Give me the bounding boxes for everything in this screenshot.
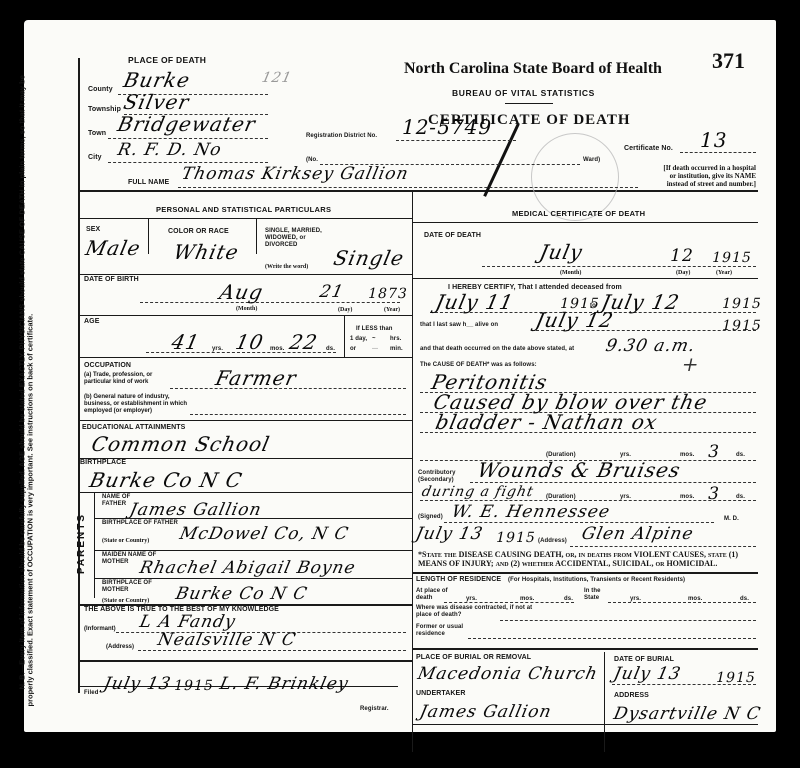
burial-rule (412, 648, 758, 650)
dod-month-hint: (Month) (560, 268, 581, 278)
personal-particulars-heading: PERSONAL AND STATISTICAL PARTICULARS (156, 205, 331, 214)
cause-of-death-label: The CAUSE OF DEATH* was as follows: (420, 362, 537, 368)
age-rule (78, 315, 412, 316)
age-years: 41 (169, 330, 202, 354)
birthplace-value: Burke Co N C (87, 468, 244, 492)
informant-address-label: (Address) (106, 642, 134, 652)
registrar-signature: L. F. Brinkley (218, 674, 351, 694)
cause-footnote: *State the DISEASE CAUSING DEATH, or, in… (418, 550, 758, 568)
former-residence-underline (468, 638, 756, 639)
less-min-value: — (372, 346, 378, 352)
town-underline (108, 138, 268, 139)
contributory-duration-label: (Duration) (546, 494, 576, 500)
cause-line3-value: bladder - Nathan ox (433, 410, 660, 434)
race-marital-divider (256, 218, 257, 254)
town-value: Bridgewater (115, 112, 258, 136)
contributory-line1: Wounds & Bruises (475, 458, 683, 482)
street-no-label: (No. (306, 157, 318, 163)
personal-heading-rule (78, 218, 412, 219)
contracted-label: Where was disease contracted, if not at … (416, 605, 536, 619)
duration-ds-label: ds. (736, 452, 745, 458)
city-value: R. F. D. No (116, 140, 224, 160)
filed-year: 1915 (172, 678, 215, 694)
age-months: 10 (233, 330, 266, 354)
registrar-label: Registrar. (360, 706, 389, 712)
residence-heading: LENGTH OF RESIDENCE (416, 576, 501, 583)
left-border-line (78, 58, 80, 693)
informant-address-underline (138, 650, 406, 651)
father-birthplace-label: BIRTHPLACE OF FATHER (102, 520, 182, 527)
time-of-death-label: and that death occurred on the date abov… (420, 346, 574, 352)
burial-year: 1915 (714, 670, 757, 686)
attended-to-year: 1915 (720, 296, 763, 312)
dob-month-hint: (Month) (236, 304, 257, 314)
father-rule (94, 518, 412, 519)
in-state-mos: mos. (688, 596, 702, 602)
undertaker-address-label: ADDRESS (614, 692, 649, 699)
at-place-yrs: yrs. (466, 596, 477, 602)
less-min-label: min. (390, 346, 403, 352)
race-value: White (171, 240, 241, 264)
undertaker-label: UNDERTAKER (416, 690, 465, 697)
birthplace-rule (78, 458, 412, 459)
less-or-label: or (350, 346, 356, 352)
dod-year: 1915 (710, 250, 753, 266)
in-state-label: In the State (584, 588, 610, 602)
place-of-death-heading: PLACE OF DEATH (128, 55, 206, 65)
at-place-label: At place of death (416, 588, 450, 602)
education-value: Common School (89, 432, 272, 456)
burial-divider (604, 652, 605, 752)
full-name-label: FULL NAME (128, 179, 169, 186)
parents-rule (78, 492, 412, 493)
contributory-underline (470, 482, 756, 483)
signed-year: 1915 (494, 530, 537, 546)
filed-label: Filed (84, 690, 99, 696)
age-ds-label: ds. (326, 346, 335, 352)
physician-address-value: Glen Alpine (580, 524, 696, 544)
county-annotation: 121 (260, 70, 293, 86)
ward-label: Ward) (583, 157, 600, 163)
dod-underline (482, 266, 756, 267)
undertaker-value: James Gallion (418, 702, 554, 722)
contributory-label: Contributory (Secondary) (418, 470, 478, 484)
dob-year-hint: (Year) (384, 305, 400, 315)
mother-rule (94, 550, 412, 551)
last-saw-value: July 12 (533, 308, 616, 332)
margin-instructions-line2: properly classified. Exact statement of … (26, 67, 35, 707)
age-yrs-label: yrs. (212, 346, 223, 352)
last-saw-year: 1915 (720, 318, 763, 334)
education-rule (78, 420, 412, 421)
contributory-line2: during a fight (420, 484, 535, 500)
certificate-no-underline (680, 152, 756, 153)
town-label: Town (88, 130, 106, 137)
informant-address-value: Nealsville N C (156, 630, 298, 650)
burial-place-label: PLACE OF BURIAL OR REMOVAL (416, 654, 531, 661)
signed-label: (Signed) (418, 514, 443, 520)
signed-underline (444, 522, 714, 523)
contributory-yrs-label: yrs. (620, 494, 631, 500)
occupation-b-label: (b) General nature of industry, business… (84, 394, 194, 415)
city-label: City (88, 154, 102, 161)
contracted-underline (500, 620, 756, 621)
filed-rule (78, 660, 412, 662)
certificate-no-label: Certificate No. (624, 145, 673, 152)
age-label: AGE (84, 318, 99, 325)
occupation-label: OCCUPATION (84, 362, 131, 369)
hospital-instruction: [If death occurred in a hospital or inst… (656, 164, 756, 188)
sex-race-divider (148, 218, 149, 254)
physician-signature: W. E. Hennessee (450, 502, 612, 522)
mother-birthplace-rule (94, 578, 412, 579)
less-day-label: 1 day, (350, 336, 367, 342)
occupation-rule (78, 357, 412, 358)
in-state-underline (608, 602, 756, 603)
date-of-death-label: DATE OF DEATH (424, 232, 481, 239)
contributory-ds-label: ds. (736, 494, 745, 500)
less-than-label: If LESS than (356, 326, 393, 332)
medical-heading-rule (412, 222, 758, 223)
last-saw-label: that I last saw h__ alive on (420, 322, 498, 328)
undertaker-address-value: Dysartville N C (612, 704, 763, 724)
marital-hint: (Write the word) (265, 262, 308, 272)
registration-district-value: 12-5749 (399, 115, 494, 139)
former-residence-label: Former or usual residence (416, 624, 476, 638)
informant-value: L A Fandy (138, 612, 238, 632)
dob-underline (140, 302, 400, 303)
age-less-than-divider (344, 315, 345, 357)
age-mos-label: mos. (270, 346, 284, 352)
certify-rule (412, 278, 758, 279)
burial-date-label: DATE OF BURIAL (614, 656, 674, 663)
sex-value: Male (83, 236, 143, 260)
residence-rule (412, 572, 758, 574)
filed-date: July 13 (102, 674, 173, 694)
township-value: Silver (121, 90, 191, 114)
residence-hint: (For Hospitals, Institutions, Transients… (508, 577, 685, 583)
age-days: 22 (287, 330, 320, 354)
dod-day-hint: (Day) (676, 268, 690, 278)
occupation-value: Farmer (213, 366, 298, 390)
parents-divider (94, 492, 95, 598)
mother-name-value: Rhachel Abigail Boyne (138, 558, 358, 578)
at-place-ds: ds. (564, 596, 573, 602)
county-label: County (88, 86, 113, 93)
md-label: M. D. (724, 516, 739, 522)
education-label: EDUCATIONAL ATTAINMENTS (82, 424, 185, 431)
in-state-yrs: yrs. (630, 596, 641, 602)
at-place-mos: mos. (520, 596, 534, 602)
in-state-ds: ds. (740, 596, 749, 602)
city-underline (108, 162, 268, 163)
marital-status-label: SINGLE, MARRIED, WIDOWED, or DIVORCED (265, 228, 325, 249)
bureau-title: BUREAU OF VITAL STATISTICS (452, 88, 595, 98)
date-of-birth-label: DATE OF BIRTH (84, 276, 139, 283)
dod-year-hint: (Year) (716, 268, 732, 278)
attended-from: July 11 (433, 290, 516, 314)
dob-month: Aug (217, 280, 265, 304)
occupation-a-label: (a) Trade, profession, or particular kin… (84, 372, 176, 386)
dob-day-hint: (Day) (338, 305, 352, 315)
medical-certificate-heading: MEDICAL CERTIFICATE OF DEATH (512, 209, 645, 218)
dob-year: 1873 (366, 286, 409, 302)
burial-date-value: July 13 (612, 664, 683, 684)
dob-rule (78, 274, 412, 275)
registry-seal-stamp (531, 133, 619, 221)
occupation-b-underline (190, 414, 406, 415)
center-column-divider (412, 192, 413, 752)
township-label: Township (88, 106, 121, 113)
contributory-mos-label: mos. (680, 494, 694, 500)
dod-day: 12 (668, 246, 696, 266)
full-name-underline (178, 187, 638, 188)
burial-place-value: Macedonia Church (416, 664, 600, 684)
registration-district-underline (396, 140, 516, 141)
less-hrs-value: ~ (372, 336, 376, 342)
registration-district-label: Registration District No. (306, 133, 377, 139)
father-state-hint: (State or Country) (102, 536, 149, 546)
title-rule (505, 103, 553, 104)
sex-label: SEX (86, 226, 100, 233)
full-name-value: Thomas Kirksey Gallion (180, 164, 411, 184)
bottom-right-border (412, 724, 758, 725)
father-birthplace-value: McDowel Co, N C (178, 524, 351, 544)
physician-address-underline (570, 546, 756, 547)
marital-status-value: Single (331, 246, 406, 270)
board-title: North Carolina State Board of Health (404, 60, 662, 78)
at-place-underline (444, 602, 574, 603)
father-name-value: James Gallion (128, 500, 264, 520)
birthplace-label: BIRTHPLACE (80, 459, 126, 466)
less-hrs-label: hrs. (390, 336, 401, 342)
signed-date: July 13 (414, 524, 485, 544)
certificate-no-value: 13 (697, 128, 730, 152)
race-label: COLOR OR RACE (168, 228, 229, 235)
page-number: 371 (712, 48, 745, 74)
parents-label: PARENTS (76, 513, 87, 574)
county-value: Burke (121, 68, 192, 92)
dob-day: 21 (318, 282, 346, 302)
name-divider-line (78, 190, 758, 192)
mother-birthplace-label: BIRTHPLACE OF MOTHER (102, 580, 172, 594)
physician-address-label: (Address) (538, 538, 567, 544)
informant-label: (Informant) (84, 624, 116, 634)
mother-birthplace-value: Burke Co N C (174, 584, 310, 604)
dod-month: July (537, 240, 585, 264)
